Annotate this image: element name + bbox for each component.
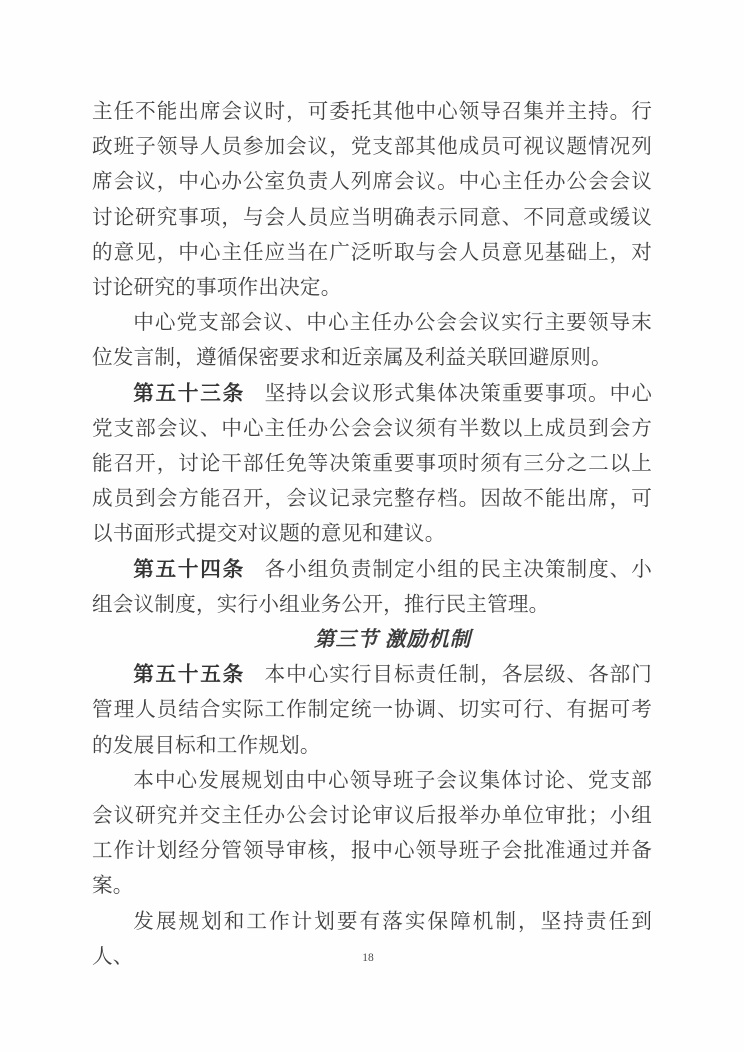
document-body: 主任不能出席会议时，可委托其他中心领导召集并主持。行政班子领导人员参加会议，党支… <box>92 95 652 975</box>
paragraph: 本中心发展规划由中心领导班子会议集体讨论、党支部会议研究并交主任办公会讨论审议后… <box>92 764 652 905</box>
page-number: 18 <box>0 952 736 964</box>
article-number-label: 第五十三条 <box>133 383 245 405</box>
paragraph: 中心党支部会议、中心主任办公会会议实行主要领导末位发言制，遵循保密要求和近亲属及… <box>92 306 652 376</box>
paragraph-article-54: 第五十四条各小组负责制定小组的民主决策制度、小组会议制度，实行小组业务公开，推行… <box>92 553 652 623</box>
article-number-label: 第五十五条 <box>133 664 245 686</box>
paragraph-continuation: 主任不能出席会议时，可委托其他中心领导召集并主持。行政班子领导人员参加会议，党支… <box>92 95 652 306</box>
paragraph-text: 坚持以会议形式集体决策重要事项。中心党支部会议、中心主任办公会会议须有半数以上成… <box>92 383 652 546</box>
paragraph-text: 本中心发展规划由中心领导班子会议集体讨论、党支部会议研究并交主任办公会讨论审议后… <box>92 770 652 898</box>
document-page: 主任不能出席会议时，可委托其他中心领导召集并主持。行政班子领导人员参加会议，党支… <box>0 0 744 1052</box>
paragraph-text: 中心党支部会议、中心主任办公会会议实行主要领导末位发言制，遵循保密要求和近亲属及… <box>92 312 652 369</box>
paragraph-article-55: 第五十五条本中心实行目标责任制，各层级、各部门管理人员结合实际工作制定统一协调、… <box>92 658 652 764</box>
section-heading: 第三节 激励机制 <box>92 623 652 658</box>
article-number-label: 第五十四条 <box>133 559 245 581</box>
paragraph-text: 主任不能出席会议时，可委托其他中心领导召集并主持。行政班子领导人员参加会议，党支… <box>92 101 652 299</box>
paragraph-article-53: 第五十三条坚持以会议形式集体决策重要事项。中心党支部会议、中心主任办公会会议须有… <box>92 377 652 553</box>
paragraph: 发展规划和工作计划要有落实保障机制，坚持责任到人、 <box>92 905 652 975</box>
